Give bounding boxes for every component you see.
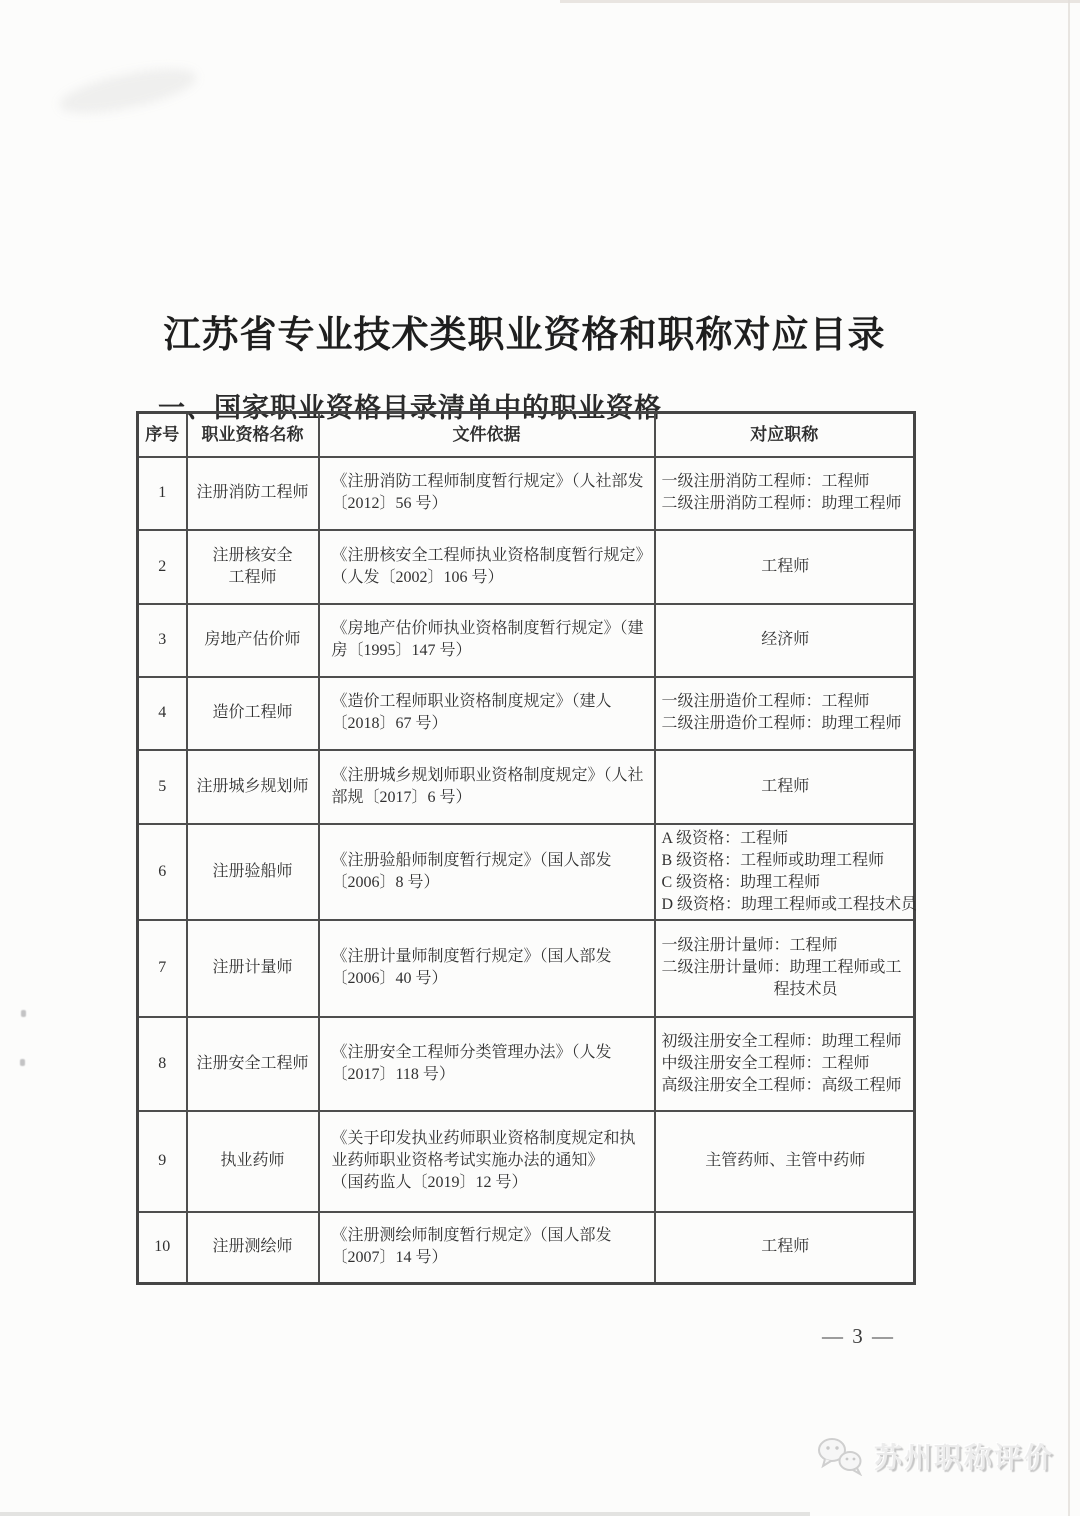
cell-document-basis: 《注册核安全工程师执业资格制度暂行规定》 （人发〔2002〕106 号） [319, 530, 655, 604]
cell-no: 7 [138, 920, 187, 1017]
table-row: 5 注册城乡规划师 《注册城乡规划师职业资格制度规定》（人社 部规〔2017〕6… [138, 750, 915, 824]
cell-document-basis: 《注册消防工程师制度暂行规定》（人社部发 〔2012〕56 号） [319, 457, 655, 530]
scan-artifact-bottom-edge [0, 1512, 810, 1516]
title-line: 主管药师、主管中药师 [662, 1150, 910, 1172]
cell-document-basis: 《关于印发执业药师职业资格制度规定和执 业药师职业资格考试实施办法的通知》 （国… [319, 1111, 655, 1212]
watermark: 苏州职称评价 [817, 1436, 1054, 1476]
header-no: 序号 [138, 413, 187, 457]
scan-artifact-speck [21, 1010, 26, 1017]
cell-no: 2 [138, 530, 187, 604]
title-line: 工程师 [662, 1236, 910, 1258]
scan-artifact-right-edge [1068, 0, 1070, 1516]
title-line: 一级注册计量师：工程师 [662, 935, 910, 957]
scan-artifact-speck [20, 1059, 25, 1066]
cell-corresponding-title: A 级资格：工程师B 级资格：工程师或助理工程师C 级资格：助理工程师D 级资格… [655, 824, 915, 920]
scan-artifact-smudge [56, 60, 200, 122]
cell-no: 6 [138, 824, 187, 920]
scan-artifact-top-edge [560, 0, 1080, 3]
cell-no: 3 [138, 604, 187, 677]
cell-corresponding-title: 工程师 [655, 530, 915, 604]
title-line: 中级注册安全工程师：工程师 [662, 1053, 910, 1075]
cell-document-basis: 《注册测绘师制度暂行规定》（国人部发 〔2007〕14 号） [319, 1212, 655, 1284]
cell-document-basis: 《造价工程师职业资格制度规定》（建人 〔2018〕67 号） [319, 677, 655, 750]
cell-no: 8 [138, 1017, 187, 1111]
title-line: 高级注册安全工程师：高级工程师 [662, 1075, 910, 1097]
wechat-icon [817, 1436, 865, 1476]
title-line: 一级注册造价工程师：工程师 [662, 691, 910, 713]
table-row: 3 房地产估价师 《房地产估价师执业资格制度暂行规定》（建 房〔1995〕147… [138, 604, 915, 677]
table-row: 6 注册验船师 《注册验船师制度暂行规定》（国人部发 〔2006〕8 号） A … [138, 824, 915, 920]
watermark-text: 苏州职称评价 [874, 1436, 1054, 1476]
header-qualification-name: 职业资格名称 [187, 413, 319, 457]
header-corresponding-title: 对应职称 [655, 413, 915, 457]
cell-qualification-name: 注册计量师 [187, 920, 319, 1017]
cell-no: 5 [138, 750, 187, 824]
cell-no: 1 [138, 457, 187, 530]
cell-document-basis: 《注册安全工程师分类管理办法》（人发 〔2017〕118 号） [319, 1017, 655, 1111]
table-row: 10 注册测绘师 《注册测绘师制度暂行规定》（国人部发 〔2007〕14 号） … [138, 1212, 915, 1284]
cell-qualification-name: 房地产估价师 [187, 604, 319, 677]
title-line: 工程师 [662, 556, 910, 578]
title-line: 经济师 [662, 629, 910, 651]
cell-no: 4 [138, 677, 187, 750]
cell-document-basis: 《注册计量师制度暂行规定》（国人部发 〔2006〕40 号） [319, 920, 655, 1017]
title-line: 工程师 [662, 776, 910, 798]
cell-qualification-name: 执业药师 [187, 1111, 319, 1212]
cell-corresponding-title: 经济师 [655, 604, 915, 677]
cell-corresponding-title: 初级注册安全工程师：助理工程师中级注册安全工程师：工程师高级注册安全工程师：高级… [655, 1017, 915, 1111]
cell-qualification-name: 注册验船师 [187, 824, 319, 920]
qualification-table: 序号 职业资格名称 文件依据 对应职称 1 注册消防工程师 《注册消防工程师制度… [136, 411, 916, 1285]
table-header-row: 序号 职业资格名称 文件依据 对应职称 [138, 413, 915, 457]
table-body: 1 注册消防工程师 《注册消防工程师制度暂行规定》（人社部发 〔2012〕56 … [138, 457, 915, 1284]
cell-corresponding-title: 一级注册消防工程师：工程师二级注册消防工程师：助理工程师 [655, 457, 915, 530]
cell-qualification-name: 造价工程师 [187, 677, 319, 750]
title-line: 二级注册造价工程师：助理工程师 [662, 713, 910, 735]
title-line: 二级注册计量师：助理工程师或工 [662, 957, 910, 979]
title-line: 程技术员 [774, 979, 910, 1001]
table-row: 9 执业药师 《关于印发执业药师职业资格制度规定和执 业药师职业资格考试实施办法… [138, 1111, 915, 1212]
table-row: 1 注册消防工程师 《注册消防工程师制度暂行规定》（人社部发 〔2012〕56 … [138, 457, 915, 530]
cell-qualification-name: 注册测绘师 [187, 1212, 319, 1284]
title-line: 一级注册消防工程师：工程师 [662, 471, 910, 493]
table-row: 8 注册安全工程师 《注册安全工程师分类管理办法》（人发 〔2017〕118 号… [138, 1017, 915, 1111]
cell-corresponding-title: 主管药师、主管中药师 [655, 1111, 915, 1212]
cell-document-basis: 《注册验船师制度暂行规定》（国人部发 〔2006〕8 号） [319, 824, 655, 920]
table-row: 2 注册核安全 工程师 《注册核安全工程师执业资格制度暂行规定》 （人发〔200… [138, 530, 915, 604]
cell-corresponding-title: 工程师 [655, 1212, 915, 1284]
header-document-basis: 文件依据 [319, 413, 655, 457]
cell-document-basis: 《注册城乡规划师职业资格制度规定》（人社 部规〔2017〕6 号） [319, 750, 655, 824]
title-line: 二级注册消防工程师：助理工程师 [662, 493, 910, 515]
cell-qualification-name: 注册核安全 工程师 [187, 530, 319, 604]
cell-qualification-name: 注册城乡规划师 [187, 750, 319, 824]
cell-no: 9 [138, 1111, 187, 1212]
title-line: C 级资格：助理工程师 [662, 872, 910, 894]
page-title: 江苏省专业技术类职业资格和职称对应目录 [136, 304, 913, 358]
table-row: 7 注册计量师 《注册计量师制度暂行规定》（国人部发 〔2006〕40 号） 一… [138, 920, 915, 1017]
cell-document-basis: 《房地产估价师执业资格制度暂行规定》（建 房〔1995〕147 号） [319, 604, 655, 677]
title-line: D 级资格：助理工程师或工程技术员 [662, 894, 910, 916]
cell-corresponding-title: 工程师 [655, 750, 915, 824]
title-line: 初级注册安全工程师：助理工程师 [662, 1031, 910, 1053]
title-line: A 级资格：工程师 [662, 828, 910, 850]
table-row: 4 造价工程师 《造价工程师职业资格制度规定》（建人 〔2018〕67 号） 一… [138, 677, 915, 750]
cell-qualification-name: 注册安全工程师 [187, 1017, 319, 1111]
title-line: B 级资格：工程师或助理工程师 [662, 850, 910, 872]
cell-no: 10 [138, 1212, 187, 1284]
cell-corresponding-title: 一级注册计量师：工程师二级注册计量师：助理工程师或工程技术员 [655, 920, 915, 1017]
cell-qualification-name: 注册消防工程师 [187, 457, 319, 530]
cell-corresponding-title: 一级注册造价工程师：工程师二级注册造价工程师：助理工程师 [655, 677, 915, 750]
